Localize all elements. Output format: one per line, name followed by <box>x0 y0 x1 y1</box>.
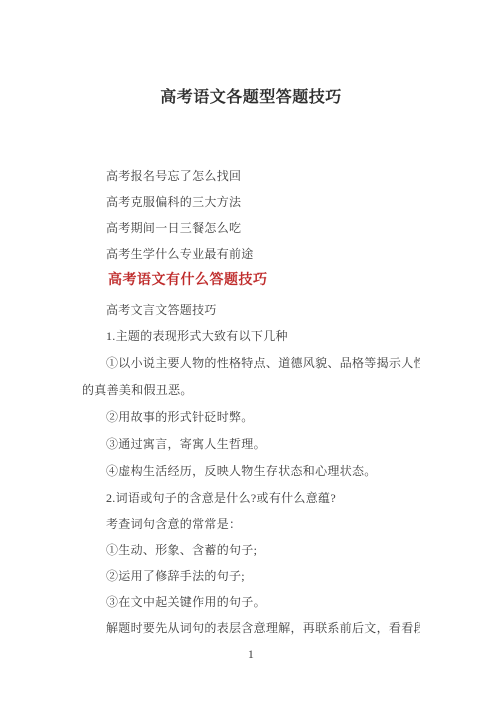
related-link-1: 高考报名号忘了怎么找回 <box>82 168 420 184</box>
body-line-q2-item1: ①生动、形象、含蓄的句子; <box>82 542 420 558</box>
body-line-q2: 2.词语或句子的含意是什么?或有什么意蕴? <box>82 490 420 506</box>
section-heading-red: 高考语文有什么答题技巧 <box>82 272 420 290</box>
body-line-q1-item4: ④虚构生活经历，反映人物生存状态和心理状态。 <box>82 463 420 479</box>
body-line-q1-item2: ②用故事的形式针砭时弊。 <box>82 409 420 425</box>
page-number: 1 <box>82 646 420 662</box>
body-line-q2-item2: ②运用了修辞手法的句子; <box>82 568 420 584</box>
subsection-title: 高考文言文答题技巧 <box>82 302 420 318</box>
body-line-q1-item3: ③通过寓言，寄寓人生哲理。 <box>82 436 420 452</box>
related-link-3: 高考期间一日三餐怎么吃 <box>82 220 420 236</box>
body-line-q2-item3: ③在文中起关键作用的句子。 <box>82 594 420 610</box>
body-line-closing: 解题时要先从词句的表层含意理解，再联系前后文，看看段意， <box>82 620 420 636</box>
body-line-q1-item1-line2: 的真善美和假丑恶。 <box>82 382 420 398</box>
body-line-q2-intro: 考查词句含意的常常是： <box>82 516 420 532</box>
document-title: 高考语文各题型答题技巧 <box>82 88 420 108</box>
document-page: 高考语文各题型答题技巧 高考报名号忘了怎么找回 高考克服偏科的三大方法 高考期间… <box>0 0 500 707</box>
related-links-list: 高考报名号忘了怎么找回 高考克服偏科的三大方法 高考期间一日三餐怎么吃 高考生学… <box>82 168 420 262</box>
document-content: 高考语文各题型答题技巧 高考报名号忘了怎么找回 高考克服偏科的三大方法 高考期间… <box>0 0 500 662</box>
related-link-4: 高考生学什么专业最有前途 <box>82 246 420 262</box>
body-line-q1-item1-line1: ①以小说主要人物的性格特点、道德风貌、品格等揭示人性中 <box>82 355 420 371</box>
related-link-2: 高考克服偏科的三大方法 <box>82 194 420 210</box>
body-line-q1: 1.主题的表现形式大致有以下几种 <box>82 328 420 344</box>
